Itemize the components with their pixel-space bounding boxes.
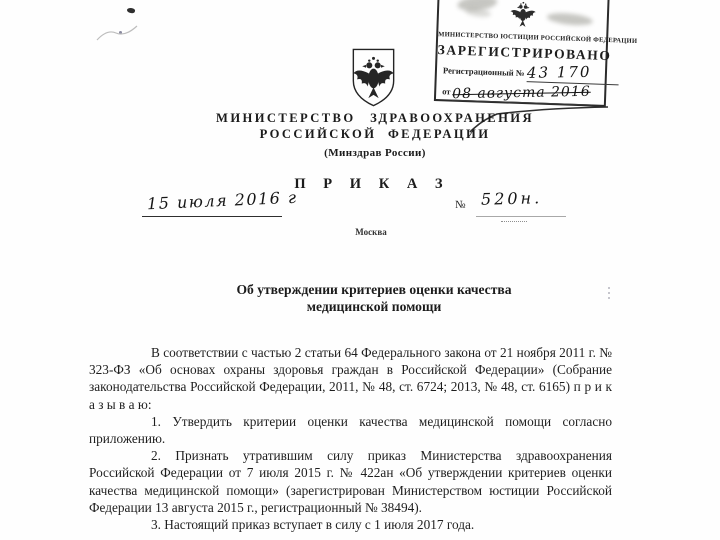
scanned-document-page: МИНИСТЕРСТВО ЮСТИЦИИ РОССИЙСКОЙ ФЕДЕРАЦИ…: [0, 0, 720, 540]
document-title: Об утверждении критериев оценки качества…: [14, 282, 720, 315]
document-title-line2: медицинской помощи: [14, 299, 720, 316]
number-underline: [476, 216, 566, 217]
russia-coat-of-arms-icon: [350, 48, 397, 108]
body-paragraph: В соответствии с частью 2 статьи 64 Феде…: [89, 344, 612, 413]
ministry-short-name: (Минздрав России): [15, 147, 720, 159]
document-body: В соответствии с частью 2 статьи 64 Феде…: [89, 344, 612, 533]
justice-registration-stamp: МИНИСТЕРСТВО ЮСТИЦИИ РОССИЙСКОЙ ФЕДЕРАЦИ…: [434, 0, 610, 107]
document-type-heading: П Р И К А З: [12, 176, 720, 193]
date-underline: [142, 216, 282, 217]
order-number-handwritten: 520н.: [481, 188, 543, 209]
stamp-date-label: от: [442, 86, 451, 96]
ministry-name-line1: МИНИСТЕРСТВО ЗДРАВООХРАНЕНИЯ: [15, 111, 720, 126]
body-paragraph: 2. Признать утратившим силу приказ Минис…: [89, 447, 612, 516]
body-paragraph: 1. Утвердить критерии оценки качества ме…: [89, 413, 612, 447]
order-number-label: №: [455, 199, 466, 211]
document-title-line1: Об утверждении критериев оценки качества: [14, 282, 720, 299]
city-label: Москва: [11, 227, 720, 237]
stamp-reg-number-label: Регистрационный №: [443, 65, 525, 78]
ministry-name-line2: РОССИЙСКОЙ ФЕДЕРАЦИИ: [15, 127, 720, 142]
scan-speck: [127, 7, 136, 14]
ministry-header: МИНИСТЕРСТВО ЗДРАВООХРАНЕНИЯ РОССИЙСКОЙ …: [15, 111, 720, 159]
stamp-date-value: 08 августа 2016: [453, 86, 592, 100]
scan-squiggle-mark: [94, 20, 140, 46]
number-dotted-mark: [501, 221, 527, 222]
body-paragraph: 3. Настоящий приказ вступает в силу с 1 …: [89, 516, 612, 533]
stamp-reg-number-value: 43 170: [526, 66, 591, 79]
